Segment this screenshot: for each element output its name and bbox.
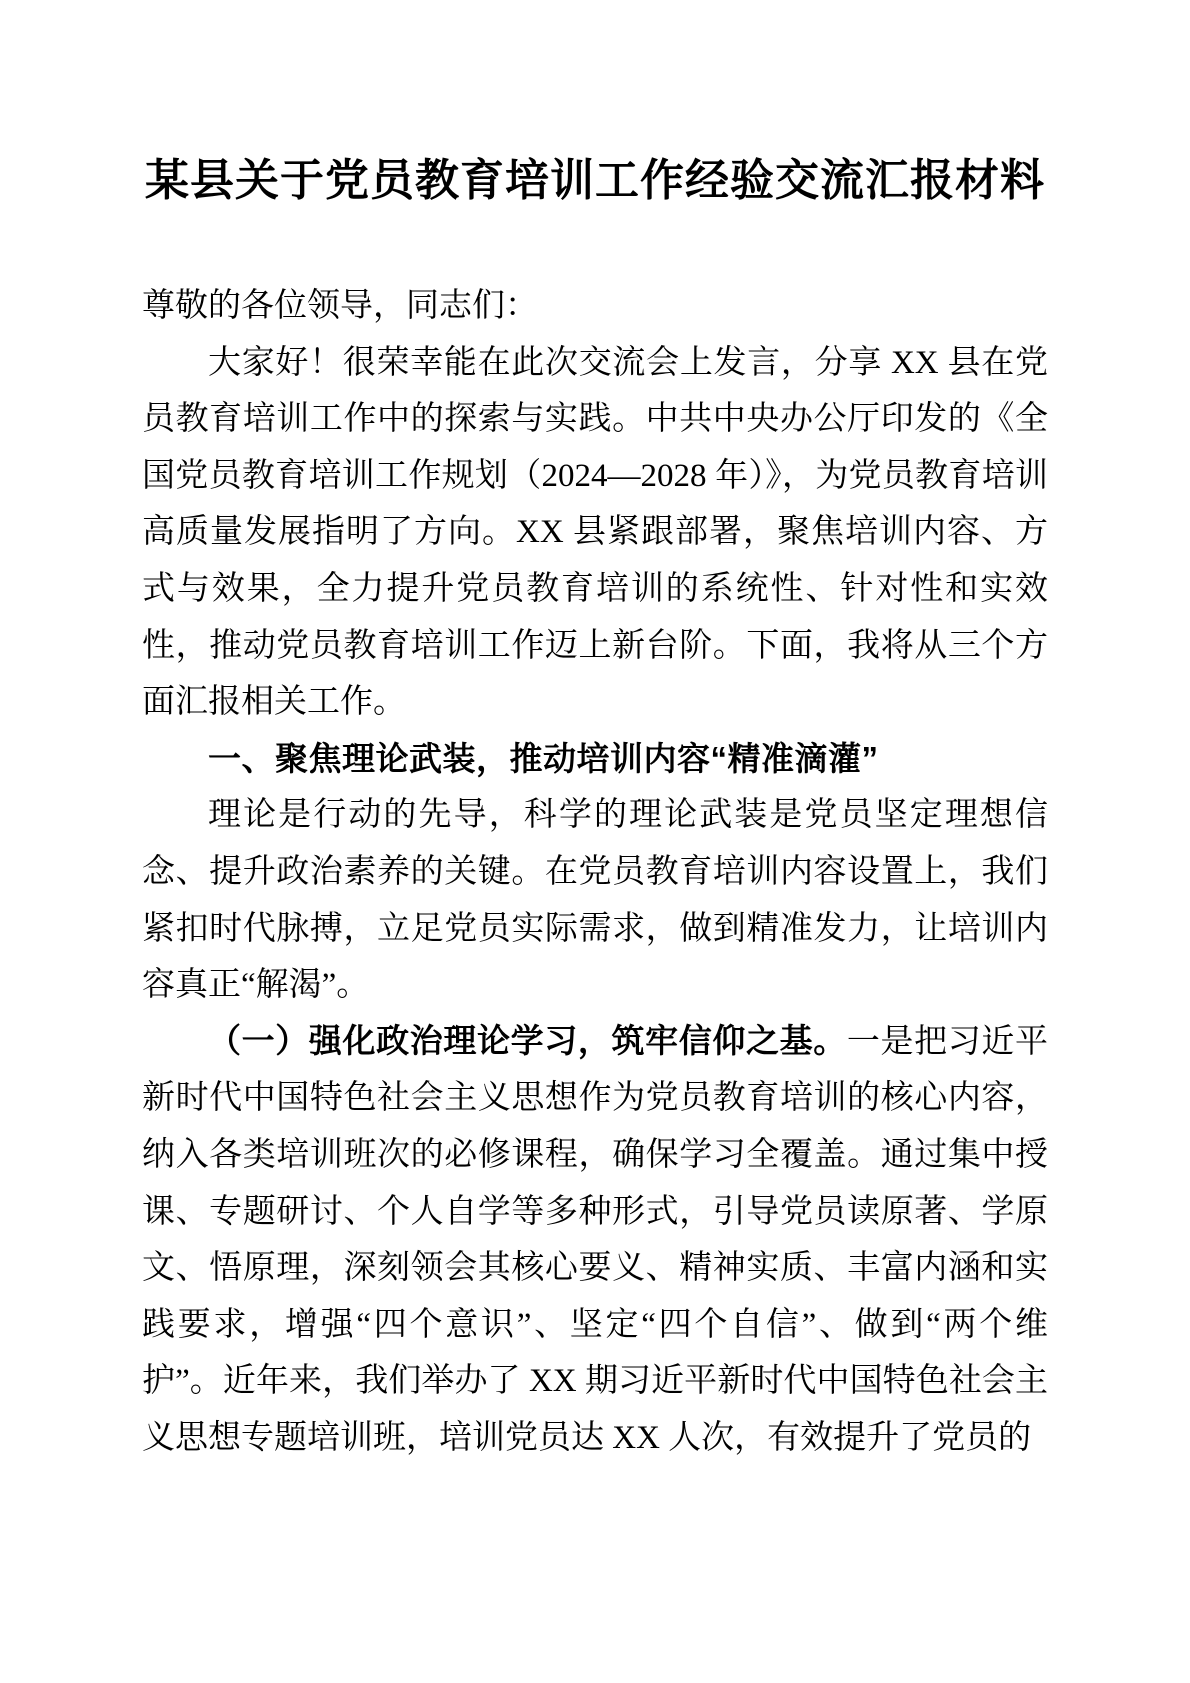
document-title: 某县关于党员教育培训工作经验交流汇报材料 bbox=[142, 150, 1048, 212]
paragraph-subsection-1: （一）强化政治理论学习，筑牢信仰之基。一是把习近平新时代中国特色社会主义思想作为… bbox=[142, 1014, 1048, 1467]
document-page: 某县关于党员教育培训工作经验交流汇报材料 尊敬的各位领导，同志们： 大家好！很荣… bbox=[0, 0, 1190, 1683]
paragraph-intro: 大家好！很荣幸能在此次交流会上发言，分享 XX 县在党员教育培训工作中的探索与实… bbox=[142, 335, 1048, 731]
section-heading-1: 一、聚焦理论武装，推动培训内容“精准滴灌” bbox=[142, 731, 1048, 788]
paragraph-subsection-1-body: 一是把习近平新时代中国特色社会主义思想作为党员教育培训的核心内容，纳入各类培训班… bbox=[142, 1024, 1048, 1456]
salutation: 尊敬的各位领导，同志们： bbox=[142, 278, 1048, 335]
paragraph-theory: 理论是行动的先导，科学的理论武装是党员坚定理想信念、提升政治素养的关键。在党员教… bbox=[142, 787, 1048, 1013]
paragraph-subsection-1-lead: （一）强化政治理论学习，筑牢信仰之基。 bbox=[208, 1024, 847, 1060]
